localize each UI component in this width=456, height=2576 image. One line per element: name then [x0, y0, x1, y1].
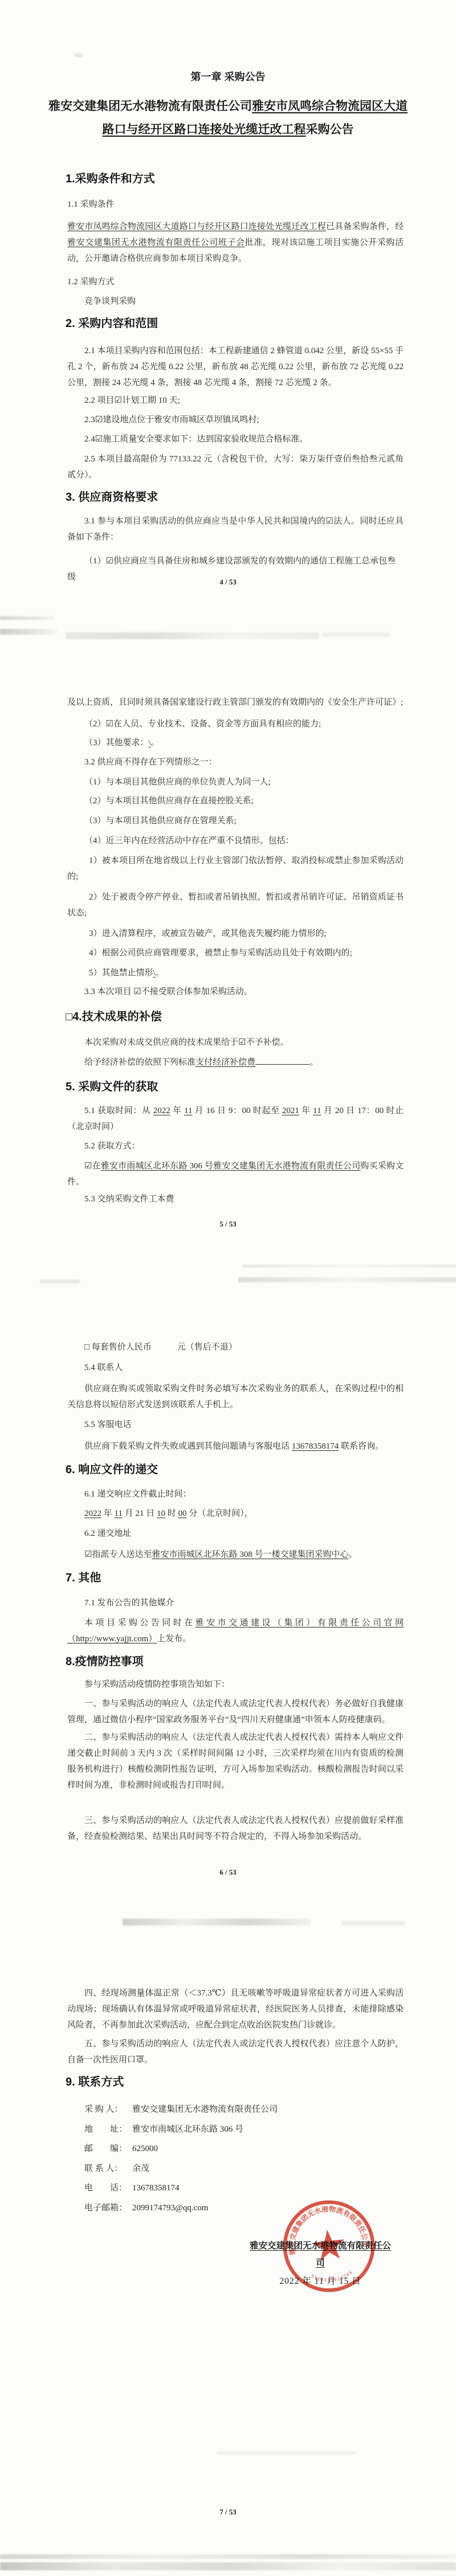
section-7-1-heading: 7.1 发布公告的其他媒介 — [67, 1595, 404, 1611]
section-3-3-line: 3.3 本次项目 ☑不接受联合体参加采购活动。 — [67, 984, 404, 1000]
contact-row-purchaser: 采 购 人：雅安交建集团无水港物流有限责任公司 — [84, 2100, 404, 2120]
document-title: 雅安交建集团无水港物流有限责任公司雅安市凤鸣综合物流园区大道路口与经开区路口连接… — [43, 95, 413, 141]
contact-row-person: 联 系 人：余茂 — [84, 2159, 404, 2179]
contact-label: 电子邮箱： — [84, 2198, 132, 2218]
section-4-paragraph-1: 本次采购对未成交供应商的技术成果给于☑不予补偿。 — [67, 1035, 404, 1050]
contact-label: 采 购 人： — [84, 2100, 132, 2120]
scan-artifact — [0, 2554, 456, 2559]
contact-label: 地 址： — [84, 2120, 132, 2140]
contact-value: 雅安交建集团无水港物流有限责任公司 — [132, 2105, 278, 2114]
scan-artifact — [322, 632, 390, 637]
section-3-heading: 3. 供应商资格要求 — [66, 488, 408, 504]
section-3-2-item-4: （4）近三年内在经营活动中存在严重不良情形。包括： — [67, 833, 404, 849]
text-run: 分（北京时间）， — [187, 1509, 253, 1518]
section-2-3-line: 2.3☑建设地点位于雅安市雨城区草坝镇凤鸣村; — [67, 412, 404, 428]
blank-line — [255, 1056, 310, 1065]
scan-artifact — [342, 1921, 405, 1925]
page-number-1: 4 / 53 — [0, 578, 456, 587]
phone-underlined: 13678358174 — [292, 1442, 339, 1451]
year-underlined: 2022 — [84, 1509, 101, 1518]
text-run: 联系咨询。 — [339, 1442, 384, 1451]
covid-item-1: 一、参与采购活动的响应人（法定代表人或法定代表人授权代表）务必做好自我健康管理，… — [67, 1696, 404, 1728]
section-2-heading: 2. 采购内容和范围 — [66, 314, 408, 330]
hour-underlined: 10 — [157, 1509, 165, 1518]
official-red-stamp: 雅安交建集团无水港物流有限责任公司 5118315024744 — [274, 2191, 384, 2301]
minute-underlined: 00 — [178, 1509, 187, 1518]
month-underlined: 11 — [184, 1106, 192, 1115]
text-run: 已具备采购条件，经 — [326, 222, 404, 231]
condition-item-3: （3）其他要求：\。 — [67, 735, 404, 751]
section-2-5-paragraph: 2.5 本项目最高限价为 77133.22 元（含税包干价，大写：柒万柒仟壹佰叁… — [67, 451, 404, 483]
covid-item-4: 四、经现场测量体温正常（＜37.3℃）且无咳嗽等呼吸道异常症状者方可进入采购活动… — [67, 1985, 404, 2033]
checkbox-checked: ☑指派专人送达至 — [84, 1550, 152, 1559]
section-5-2-heading: 5.2 获取方式： — [67, 1138, 404, 1154]
covid-item-5: 五、参与采购活动的响应人（法定代表人或法定代表人授权代表）应注意个人防护，自备一… — [67, 2036, 404, 2068]
section-9-heading: 9. 联系方式 — [66, 2072, 408, 2089]
year-underlined: 2022 — [153, 1106, 170, 1115]
covid-item-3: 三、参与采购活动的响应人（法定代表人或法定代表人授权代表）应提前做好采样准备，经… — [67, 1813, 404, 1845]
section-7-heading: 7. 其他 — [66, 1568, 408, 1585]
text-run: 月 21 日 — [123, 1509, 157, 1518]
text-run: 5.1 获取时间：从 — [84, 1106, 153, 1115]
contact-label: 邮 编： — [84, 2139, 132, 2159]
year-underlined: 2021 — [282, 1106, 299, 1115]
procurement-method: 竞争谈判采购 — [67, 293, 404, 309]
contact-value: 625000 — [132, 2144, 158, 2153]
section-5-3-heading: 5.3 交纳采购文件工本费 — [67, 1191, 404, 1207]
scan-artifact — [123, 1919, 311, 1925]
text-run: 上发布。 — [157, 1634, 191, 1643]
compensation-underlined: 支付经济补偿费 — [196, 1058, 255, 1067]
stamp-star-icon — [311, 2228, 346, 2262]
contact-label: 电 话： — [84, 2178, 132, 2198]
section-5-heading: 5. 采购文件的获取 — [66, 1077, 408, 1094]
text-run: 供应商下载采购文件失败或遇到其他问题请与客服电话 — [84, 1442, 292, 1451]
bad-situation-4: 4）根据公司供应商管理要求，被禁止参与采购活动且处于有效期内的; — [67, 945, 404, 961]
section-4-heading: □4.技术成果的补偿 — [66, 1007, 408, 1024]
section-3-1-paragraph: 3.1 参与本项目采购活动的供应商应当是中华人民共和国境内的☑法人。同时还应具备… — [67, 513, 404, 545]
title-pre: 雅安交建集团无水港物流有限责任公司 — [48, 100, 252, 113]
section-3-2-heading: 3.2 供应商不得存在下列情形之一： — [67, 754, 404, 770]
section-4-paragraph-2: 给予经济补偿的依照下列标准支付经济补偿费。 — [67, 1054, 404, 1070]
stamp-svg: 雅安交建集团无水港物流有限责任公司 5118315024744 — [274, 2191, 384, 2301]
qualification-continuation: 及以上资质，且同时须具备国家建设行政主管部门颁发的有效期内的《安全生产许可证》; — [67, 694, 404, 710]
page-number-4: 7 / 53 — [0, 2508, 456, 2517]
text-run: 。 — [151, 738, 160, 747]
contact-value: 余茂 — [132, 2164, 149, 2173]
section-5-2-paragraph: ☑在雅安市雨城区北环东路 306 号雅安交建集团无水港物流有限责任公司购买采购文… — [67, 1158, 404, 1190]
section-6-heading: 6. 响应文件的递交 — [66, 1460, 408, 1477]
scan-artifact — [0, 2562, 456, 2570]
deadline-date-line: 2022 年 11 月 21 日 10 时 00 分（北京时间）， — [67, 1506, 404, 1522]
section-3-2-item-3: （3）与本项目其他供应商存在管理关系; — [67, 813, 404, 829]
section-8-intro: 参与采购活动疫情防控事项告知如下： — [67, 1677, 404, 1692]
scan-artifact — [242, 1265, 456, 1267]
contact-row-postcode: 邮 编：625000 — [84, 2139, 404, 2159]
bad-situation-3: 3）进入清算程序，或被宣告破产，或其他丧失履约能力情形的; — [67, 926, 404, 942]
text-run: 给予经济补偿的依照下列标准 — [84, 1058, 196, 1067]
approver-underlined: 雅安交建集团无水港物流有限责任公司班子会 — [67, 238, 245, 247]
text-run: 。 — [310, 1058, 318, 1067]
contact-value: 雅安市雨城区北环东路 306 号 — [132, 2125, 243, 2134]
covid-item-2: 二、参与采购活动的响应人（法定代表人或法定代表人授权代表）需持本人响应文件递交截… — [67, 1729, 404, 1793]
text-run: 。 — [348, 1550, 357, 1559]
delivery-address-underlined: 雅安市雨城区北环东路 308 号一楼交建集团采购中心 — [152, 1550, 348, 1559]
chapter-heading: 第一章 采购公告 — [0, 69, 456, 84]
contact-value: 13678358174 — [132, 2184, 180, 2193]
section-5-4-paragraph: 供应商在购买或领取采购文件时务必填写本次采购业务的联系人，在采购过程中的相关信息… — [67, 1381, 404, 1413]
scan-artifact — [66, 632, 319, 639]
scanned-procurement-document: 第一章 采购公告 雅安交建集团无水港物流有限责任公司雅安市凤鸣综合物流园区大道路… — [0, 0, 456, 2576]
section-2-4-line: 2.4☑施工质量安全要求如下：达到国家验收规范合格标准。 — [67, 431, 404, 447]
text-run: 年 — [170, 1106, 184, 1115]
text-run: 月 16 日 9：00 时起至 — [192, 1106, 282, 1115]
scan-artifact — [238, 1277, 456, 1282]
text-run: 5）其他禁止情形 — [89, 968, 153, 978]
section-2-2-line: 2.2 项目☑计划工期 10 天; — [67, 392, 404, 408]
section-3-2-item-2: （2）与本项目其他供应商存在直接控股关系; — [67, 793, 404, 809]
scan-artifact — [40, 1279, 80, 1283]
section-1-1-heading: 1.1 采购条件 — [67, 197, 404, 212]
stamp-serial-text: 5118315024744 — [310, 2269, 355, 2285]
bad-situation-2: 2）处于被责令停产停业、暂扣或者吊销执照、暂扣或者吊销许可证、吊销资质证书状态; — [67, 889, 404, 921]
condition-item-2: （2）☑在人员、专业技术、设备、资金等方面具有相应的能力; — [67, 716, 404, 732]
address-underlined: 雅安市雨城区北环东路 306 号雅安交建集团无水港物流有限责任公司 — [101, 1162, 360, 1171]
month-underlined: 11 — [115, 1509, 123, 1518]
text-run: 年 — [299, 1106, 313, 1115]
contact-row-address: 地 址：雅安市雨城区北环东路 306 号 — [84, 2120, 404, 2140]
section-1-heading: 1.采购条件和方式 — [66, 169, 408, 186]
scan-artifact — [74, 53, 83, 58]
bad-situation-1: 1）被本项目所在地省级以上行业主管部门依法暂停、取消投标或禁止参加采购活动的; — [67, 853, 404, 885]
contact-value: 2099174793@qq.com — [132, 2203, 208, 2213]
section-7-1-paragraph: 本项目采购公告同时在雅安市交通建设（集团）有限责任公司官网（http://www… — [67, 1615, 404, 1647]
section-8-heading: 8.疫情防控事项 — [66, 1652, 408, 1669]
scan-artifact — [0, 616, 54, 620]
section-5-1-paragraph: 5.1 获取时间：从 2022 年 11 月 16 日 9：00 时起至 202… — [67, 1103, 404, 1135]
title-post: 采购公告 — [306, 123, 354, 136]
price-option-line: □ 每套售价人民币 元（售后不退） — [67, 1339, 404, 1355]
project-name-underlined: 雅安市凤鸣综合物流园区大道路口与经开区路口连接处光缆迁改工程 — [67, 222, 326, 231]
scan-artifact — [0, 629, 57, 635]
text-run: 本项目采购公告同时在 — [84, 1618, 196, 1628]
scan-artifact — [217, 2451, 356, 2454]
section-3-2-item-1: （1）与本项目其他供应商的单位负责人为同一人; — [67, 774, 404, 790]
section-6-2-heading: 6.2 递交地址 — [67, 1526, 404, 1541]
section-6-1-heading: 6.1 递交响应文件截止时间： — [67, 1486, 404, 1502]
text-run: （3）其他要求： — [84, 738, 149, 747]
page-number-3: 6 / 53 — [0, 1868, 456, 1877]
section-5-4-heading: 5.4 联系人 — [67, 1360, 404, 1376]
month-underlined: 11 — [313, 1106, 321, 1115]
text-run: 。 — [156, 968, 164, 978]
bad-situation-5: 5）其他禁止情形\。 — [67, 965, 404, 981]
section-1-1-paragraph: 雅安市凤鸣综合物流园区大道路口与经开区路口连接处光缆迁改工程已具备采购条件，经雅… — [67, 219, 404, 267]
section-5-5-paragraph: 供应商下载采购文件失败或遇到其他问题请与客服电话 13678358174 联系咨… — [67, 1438, 404, 1454]
page-number-2: 5 / 53 — [0, 1220, 456, 1229]
section-1-2-heading: 1.2 采购方式 — [67, 274, 404, 290]
contact-label: 联 系 人： — [84, 2159, 132, 2179]
section-6-2-paragraph: ☑指派专人送达至雅安市雨城区北环东路 308 号一楼交建集团采购中心。 — [67, 1547, 404, 1563]
section-2-1-paragraph: 2.1 本项目采购内容和范围包括：本工程新建通信 2 蜂管道 0.042 公里，… — [67, 343, 404, 391]
checkbox-checked: ☑在 — [84, 1162, 101, 1171]
text-run: 年 — [101, 1509, 115, 1518]
text-run: 时 — [165, 1509, 178, 1518]
section-5-5-heading: 5.5 客服电话 — [67, 1417, 404, 1433]
